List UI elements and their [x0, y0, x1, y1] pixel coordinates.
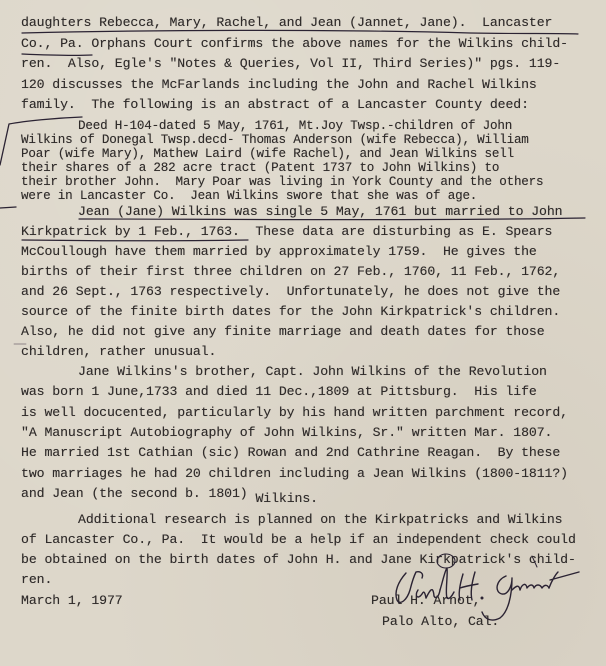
text-line: Kirkpatrick by 1 Feb., 1763. These data … [21, 224, 552, 240]
text-line: was born 1 June,1733 and died 11 Dec.,18… [21, 384, 537, 400]
deed-abstract-line: their shares of a 282 acre tract (Patent… [21, 161, 499, 175]
text-fragment: and Jean (the second b. 1801) [21, 486, 248, 501]
deed-abstract-line: their brother John. Mary Poar was living… [21, 175, 543, 189]
text-line: two marriages he had 20 children includi… [21, 466, 568, 482]
text-line: Additional research is planned on the Ki… [78, 512, 562, 528]
text-line: family. The following is an abstract of … [21, 97, 529, 113]
text-line: Co., Pa. Orphans Court confirms the abov… [21, 36, 568, 52]
text-line: Jane Wilkins's brother, Capt. John Wilki… [78, 364, 547, 380]
text-line: ren. Also, Egle's "Notes & Queries, Vol … [21, 56, 560, 72]
text-line: children, rather unusual. [21, 344, 216, 360]
deed-abstract-line: Poar (wife Mary), Mathew Laird (wife Rac… [21, 147, 514, 161]
deed-abstract-line: Deed H-104-dated 5 May, 1761, Mt.Joy Tws… [78, 119, 512, 133]
text-line: Also, he did not give any finite marriag… [21, 324, 545, 340]
author-name: Paul H. Arnot, [371, 593, 480, 609]
text-line: ren. [21, 572, 52, 588]
text-line: daughters Rebecca, Mary, Rachel, and Jea… [21, 15, 552, 31]
document-page: daughters Rebecca, Mary, Rachel, and Jea… [0, 0, 606, 666]
text-line: "A Manuscript Autobiography of John Wilk… [21, 425, 552, 441]
underline-mark [22, 240, 248, 241]
deed-abstract-line: Wilkins of Donegal Twsp.decd- Thomas And… [21, 133, 529, 147]
text-line: and 26 Sept., 1763 respectively. Unfortu… [21, 284, 560, 300]
text-line: source of the finite birth dates for the… [21, 304, 560, 320]
text-line: of Lancaster Co., Pa. It would be a help… [21, 532, 576, 548]
deed-abstract-line: were in Lancaster Co. Jean Wilkins swore… [21, 189, 477, 203]
text-line: He married 1st Cathian (sic) Rowan and 2… [21, 445, 560, 461]
margin-dash [0, 207, 16, 208]
author-location: Palo Alto, Cal. [382, 614, 499, 630]
text-line: Jean (Jane) Wilkins was single 5 May, 17… [78, 204, 562, 220]
text-line: births of their first three children on … [21, 264, 560, 280]
text-line: 120 discusses the McFarlands including t… [21, 77, 537, 93]
subscript-fragment: Wilkins. [255, 491, 318, 506]
date-line: March 1, 1977 [21, 593, 123, 609]
text-line: is well docucented, particularly by his … [21, 405, 568, 421]
text-line: and Jean (the second b. 1801) Wilkins. [21, 486, 318, 502]
text-line: McCoullough have them married by approxi… [21, 244, 537, 260]
text-line: be obtained on the birth dates of John H… [21, 552, 576, 568]
